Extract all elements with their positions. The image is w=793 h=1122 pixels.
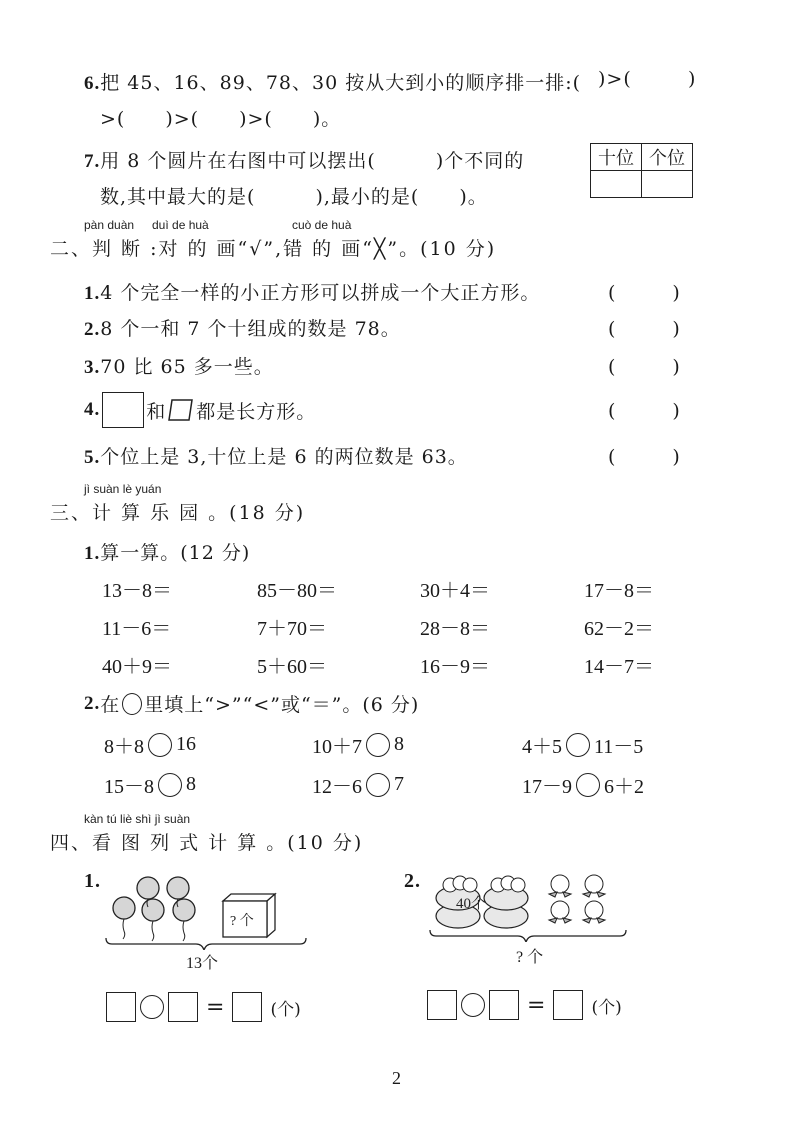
calc-problem[interactable]: 40＋9＝ bbox=[102, 650, 172, 679]
answer-box[interactable] bbox=[427, 990, 457, 1020]
answer-box[interactable] bbox=[232, 992, 262, 1022]
calc-problem[interactable]: 28－8＝ bbox=[420, 612, 490, 641]
question-6: 6.把 45、16、89、78、30 按从大到小的顺序排一排:( bbox=[84, 68, 581, 95]
calc-problem[interactable]: 11－6＝ bbox=[102, 612, 171, 641]
section-4-title: 四、看 图 列 式 计 算 。(10 分) bbox=[50, 828, 363, 855]
compare-circle[interactable] bbox=[566, 733, 590, 757]
item-number: 2. bbox=[84, 693, 100, 715]
basket-label: 40个 bbox=[456, 895, 486, 912]
answer-paren[interactable]: ( ) bbox=[608, 352, 680, 379]
page-number: 2 bbox=[392, 1068, 401, 1089]
box-label: ? 个 bbox=[230, 913, 254, 929]
item-number: 3. bbox=[84, 357, 100, 378]
calc-problem[interactable]: 14－7＝ bbox=[584, 650, 654, 679]
left-expr: 4＋5 bbox=[522, 730, 562, 759]
pinyin: cuò de huà bbox=[292, 218, 351, 232]
item-number: 5. bbox=[84, 447, 100, 468]
problem-2-number: 2. bbox=[404, 870, 421, 893]
compare-circle[interactable] bbox=[158, 773, 182, 797]
compare-problem: 12－67 bbox=[312, 770, 404, 799]
item-number: 1. bbox=[84, 283, 100, 304]
total-label: ? 个 bbox=[516, 944, 543, 967]
equation-row-2: = (个) bbox=[427, 990, 622, 1020]
place-value-table: 十位 个位 bbox=[590, 143, 693, 198]
question-number: 6. bbox=[84, 73, 100, 94]
answer-paren[interactable]: ( ) bbox=[608, 442, 680, 469]
left-expr: 12－6 bbox=[312, 770, 362, 799]
answer-box[interactable] bbox=[106, 992, 136, 1022]
peach-baskets-illustration: 40个 bbox=[426, 870, 636, 942]
right-expr: 7 bbox=[394, 773, 404, 796]
calc-problem[interactable]: 5＋60＝ bbox=[257, 650, 327, 679]
left-expr: 17－9 bbox=[522, 770, 572, 799]
section-3-title: 三、计 算 乐 园 。(18 分) bbox=[50, 498, 305, 525]
question-7: 7.用 8 个圆片在右图中可以摆出( )个不同的 bbox=[84, 146, 524, 173]
compare-problem: 4＋511－5 bbox=[522, 730, 643, 759]
section-2-title: 二、判 断 :对 的 画“√”,错 的 画“╳”。(10 分) bbox=[50, 234, 496, 261]
unit-label: (个) bbox=[591, 993, 621, 1018]
calc-part-2-title: 2.在里填上“>”“<”或“＝”。(6 分) bbox=[84, 690, 419, 717]
item-text: 4 个完全一样的小正方形可以拼成一个大正方形。 bbox=[100, 282, 540, 304]
answer-paren[interactable]: ( ) bbox=[608, 396, 680, 423]
answer-blank[interactable] bbox=[550, 68, 590, 92]
item-text: 和 bbox=[146, 397, 166, 424]
part-title: 里填上“>”“<”或“＝”。(6 分) bbox=[144, 690, 419, 717]
compare-row-1: 8＋816 10＋78 4＋511－5 bbox=[104, 730, 704, 758]
question-6-mid: )>( bbox=[598, 68, 632, 90]
ones-header: 个位 bbox=[642, 144, 693, 171]
item-text: 个位上是 3,十位上是 6 的两位数是 63。 bbox=[100, 446, 468, 468]
calc-problem[interactable]: 13－8＝ bbox=[102, 574, 172, 603]
judge-item-2: 2.8 个一和 7 个十组成的数是 78。 bbox=[84, 314, 401, 341]
part-title: 在 bbox=[100, 690, 120, 717]
left-expr: 8＋8 bbox=[104, 730, 144, 759]
ones-cell[interactable] bbox=[642, 171, 693, 198]
compare-row-2: 15－88 12－67 17－96＋2 bbox=[104, 770, 704, 798]
operator-circle[interactable] bbox=[461, 993, 485, 1017]
calc-problem[interactable]: 16－9＝ bbox=[420, 650, 490, 679]
compare-circle[interactable] bbox=[366, 733, 390, 757]
answer-paren[interactable]: ( ) bbox=[608, 278, 680, 305]
item-text: 70 比 65 多一些。 bbox=[100, 356, 273, 378]
equals-sign: = bbox=[527, 993, 545, 1018]
operator-circle[interactable] bbox=[140, 995, 164, 1019]
item-number: 2. bbox=[84, 319, 100, 340]
calc-problem[interactable]: 85－80＝ bbox=[257, 574, 337, 603]
pinyin: kàn tú liè shì jì suàn bbox=[84, 812, 190, 826]
compare-circle[interactable] bbox=[366, 773, 390, 797]
judge-item-1: 1.4 个完全一样的小正方形可以拼成一个大正方形。 bbox=[84, 278, 540, 305]
pinyin: duì de huà bbox=[152, 218, 209, 232]
judge-item-3: 3.70 比 65 多一些。 bbox=[84, 352, 274, 379]
compare-problem: 17－96＋2 bbox=[522, 770, 644, 799]
calc-problem[interactable]: 7＋70＝ bbox=[257, 612, 327, 641]
calc-part-1-title: 1.算一算。(12 分) bbox=[84, 538, 250, 565]
left-expr: 15－8 bbox=[104, 770, 154, 799]
equals-sign: = bbox=[206, 995, 224, 1020]
brace bbox=[430, 930, 626, 942]
calc-problem[interactable]: 62－2＝ bbox=[584, 612, 654, 641]
right-expr: 8 bbox=[186, 773, 196, 796]
unit-label: (个) bbox=[270, 995, 300, 1020]
problem-1-number: 1. bbox=[84, 870, 101, 893]
balloons-illustration: ? 个 bbox=[100, 870, 315, 950]
question-6-line2: >( )>( )>( )。 bbox=[100, 104, 341, 131]
pinyin: pàn duàn bbox=[84, 218, 134, 232]
right-expr: 16 bbox=[176, 733, 196, 756]
right-expr: 6＋2 bbox=[604, 770, 644, 799]
equation-row-1: = (个) bbox=[106, 992, 301, 1022]
question-6-end: ) bbox=[688, 68, 696, 90]
calc-problem[interactable]: 30＋4＝ bbox=[420, 574, 490, 603]
judge-item-5: 5.个位上是 3,十位上是 6 的两位数是 63。 bbox=[84, 442, 468, 469]
brace bbox=[106, 938, 306, 950]
judge-item-4: 4. 和 都是长方形。 bbox=[84, 392, 316, 428]
total-label: 13个 bbox=[186, 950, 218, 973]
pinyin: jì suàn lè yuán bbox=[84, 482, 161, 496]
question-text: 把 45、16、89、78、30 按从大到小的顺序排一排:( bbox=[100, 72, 581, 94]
question-number: 7. bbox=[84, 151, 100, 172]
answer-paren[interactable]: ( ) bbox=[608, 314, 680, 341]
left-expr: 10＋7 bbox=[312, 730, 362, 759]
item-text: 都是长方形。 bbox=[196, 397, 316, 424]
compare-problem: 15－88 bbox=[104, 770, 196, 799]
compare-circle[interactable] bbox=[148, 733, 172, 757]
answer-box[interactable] bbox=[553, 990, 583, 1020]
right-expr: 8 bbox=[394, 733, 404, 756]
item-text: 8 个一和 7 个十组成的数是 78。 bbox=[100, 318, 401, 340]
question-7-line2: 数,其中最大的是( ),最小的是( )。 bbox=[100, 182, 488, 209]
compare-problem: 10＋78 bbox=[312, 730, 404, 759]
right-expr: 11－5 bbox=[594, 730, 643, 759]
compare-circle[interactable] bbox=[576, 773, 600, 797]
part-title: 算一算。(12 分) bbox=[100, 542, 250, 564]
answer-box[interactable] bbox=[168, 992, 198, 1022]
compare-problem: 8＋816 bbox=[104, 730, 196, 759]
circle-icon bbox=[122, 693, 142, 715]
item-number: 4. bbox=[84, 399, 100, 421]
rectangle-shape bbox=[102, 392, 144, 428]
item-number: 1. bbox=[84, 543, 100, 564]
parallelogram-shape bbox=[168, 398, 194, 422]
answer-box[interactable] bbox=[489, 990, 519, 1020]
tens-cell[interactable] bbox=[591, 171, 642, 198]
calc-problem[interactable]: 17－8＝ bbox=[584, 574, 654, 603]
tens-header: 十位 bbox=[591, 144, 642, 171]
question-text: 用 8 个圆片在右图中可以摆出( )个不同的 bbox=[100, 150, 524, 172]
